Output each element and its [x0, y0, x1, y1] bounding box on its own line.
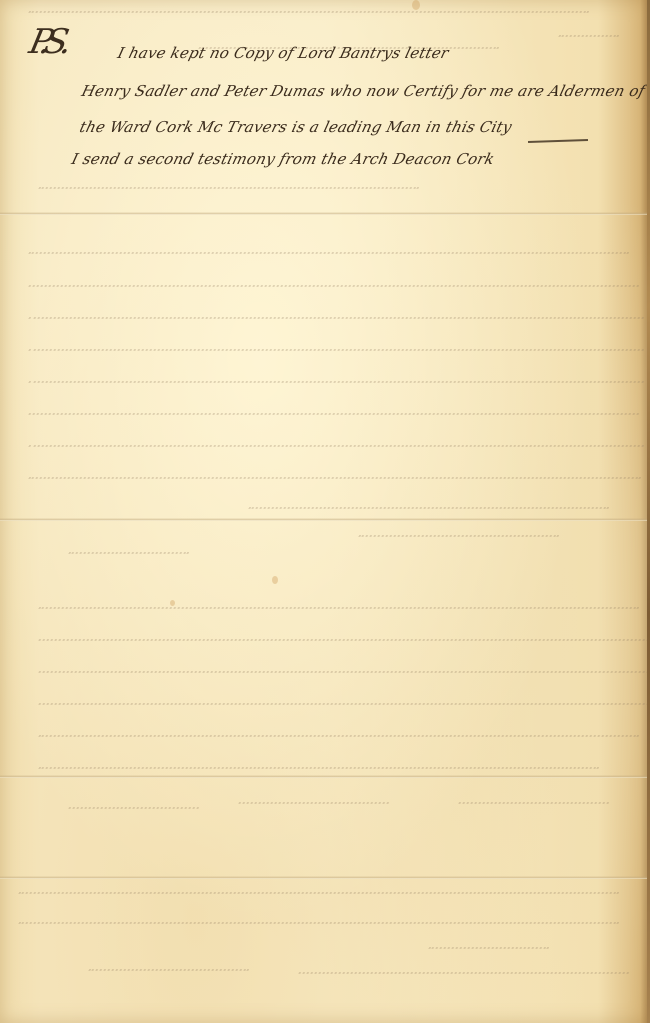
postscript-mark: P.S. [26, 22, 70, 62]
bleed-through-line [28, 310, 646, 319]
fold-line [0, 876, 650, 879]
bleed-through-line [38, 632, 651, 641]
bleed-through-line [38, 728, 641, 737]
letter-page: P.S. I have kept no Copy of Lord Bantrys… [0, 0, 650, 1023]
bleed-through-line [88, 962, 251, 971]
postscript-line-3: the Ward Cork Mc Travers is a leading Ma… [78, 118, 514, 136]
bleed-through-line [68, 800, 201, 809]
bleed-through-line [248, 500, 611, 509]
bleed-through-line [28, 245, 631, 254]
bleed-through-line [428, 940, 551, 949]
bleed-through-line [38, 696, 651, 705]
bleed-through-line [68, 545, 191, 554]
postscript-line-4: I send a second testimony from the Arch … [70, 150, 497, 168]
bleed-through-line [28, 4, 591, 13]
ink-stain [272, 576, 278, 584]
bleed-through-line [38, 180, 421, 189]
bleed-through-line [38, 760, 601, 769]
bleed-through-line [38, 600, 641, 609]
bleed-through-line [28, 406, 641, 415]
bleed-through-line [358, 528, 561, 537]
postscript-line-1: I have kept no Copy of Lord Bantrys lett… [116, 44, 451, 62]
fold-line [0, 775, 650, 778]
bleed-through-line [28, 278, 641, 287]
bleed-through-line [558, 28, 621, 37]
bleed-through-line [28, 374, 646, 383]
bleed-through-line [298, 965, 631, 974]
underline-flourish [528, 139, 588, 143]
bleed-through-line [28, 470, 643, 479]
postscript-line-2: Henry Sadler and Peter Dumas who now Cer… [80, 82, 647, 100]
bleed-through-line [38, 664, 651, 673]
bleed-through-line [18, 885, 621, 894]
bleed-through-line [18, 915, 621, 924]
fold-line [0, 518, 650, 521]
bleed-through-line [238, 795, 391, 804]
bleed-through-line [458, 795, 611, 804]
bleed-through-line [28, 438, 646, 447]
fold-line [0, 212, 650, 215]
bleed-through-line [28, 342, 646, 351]
